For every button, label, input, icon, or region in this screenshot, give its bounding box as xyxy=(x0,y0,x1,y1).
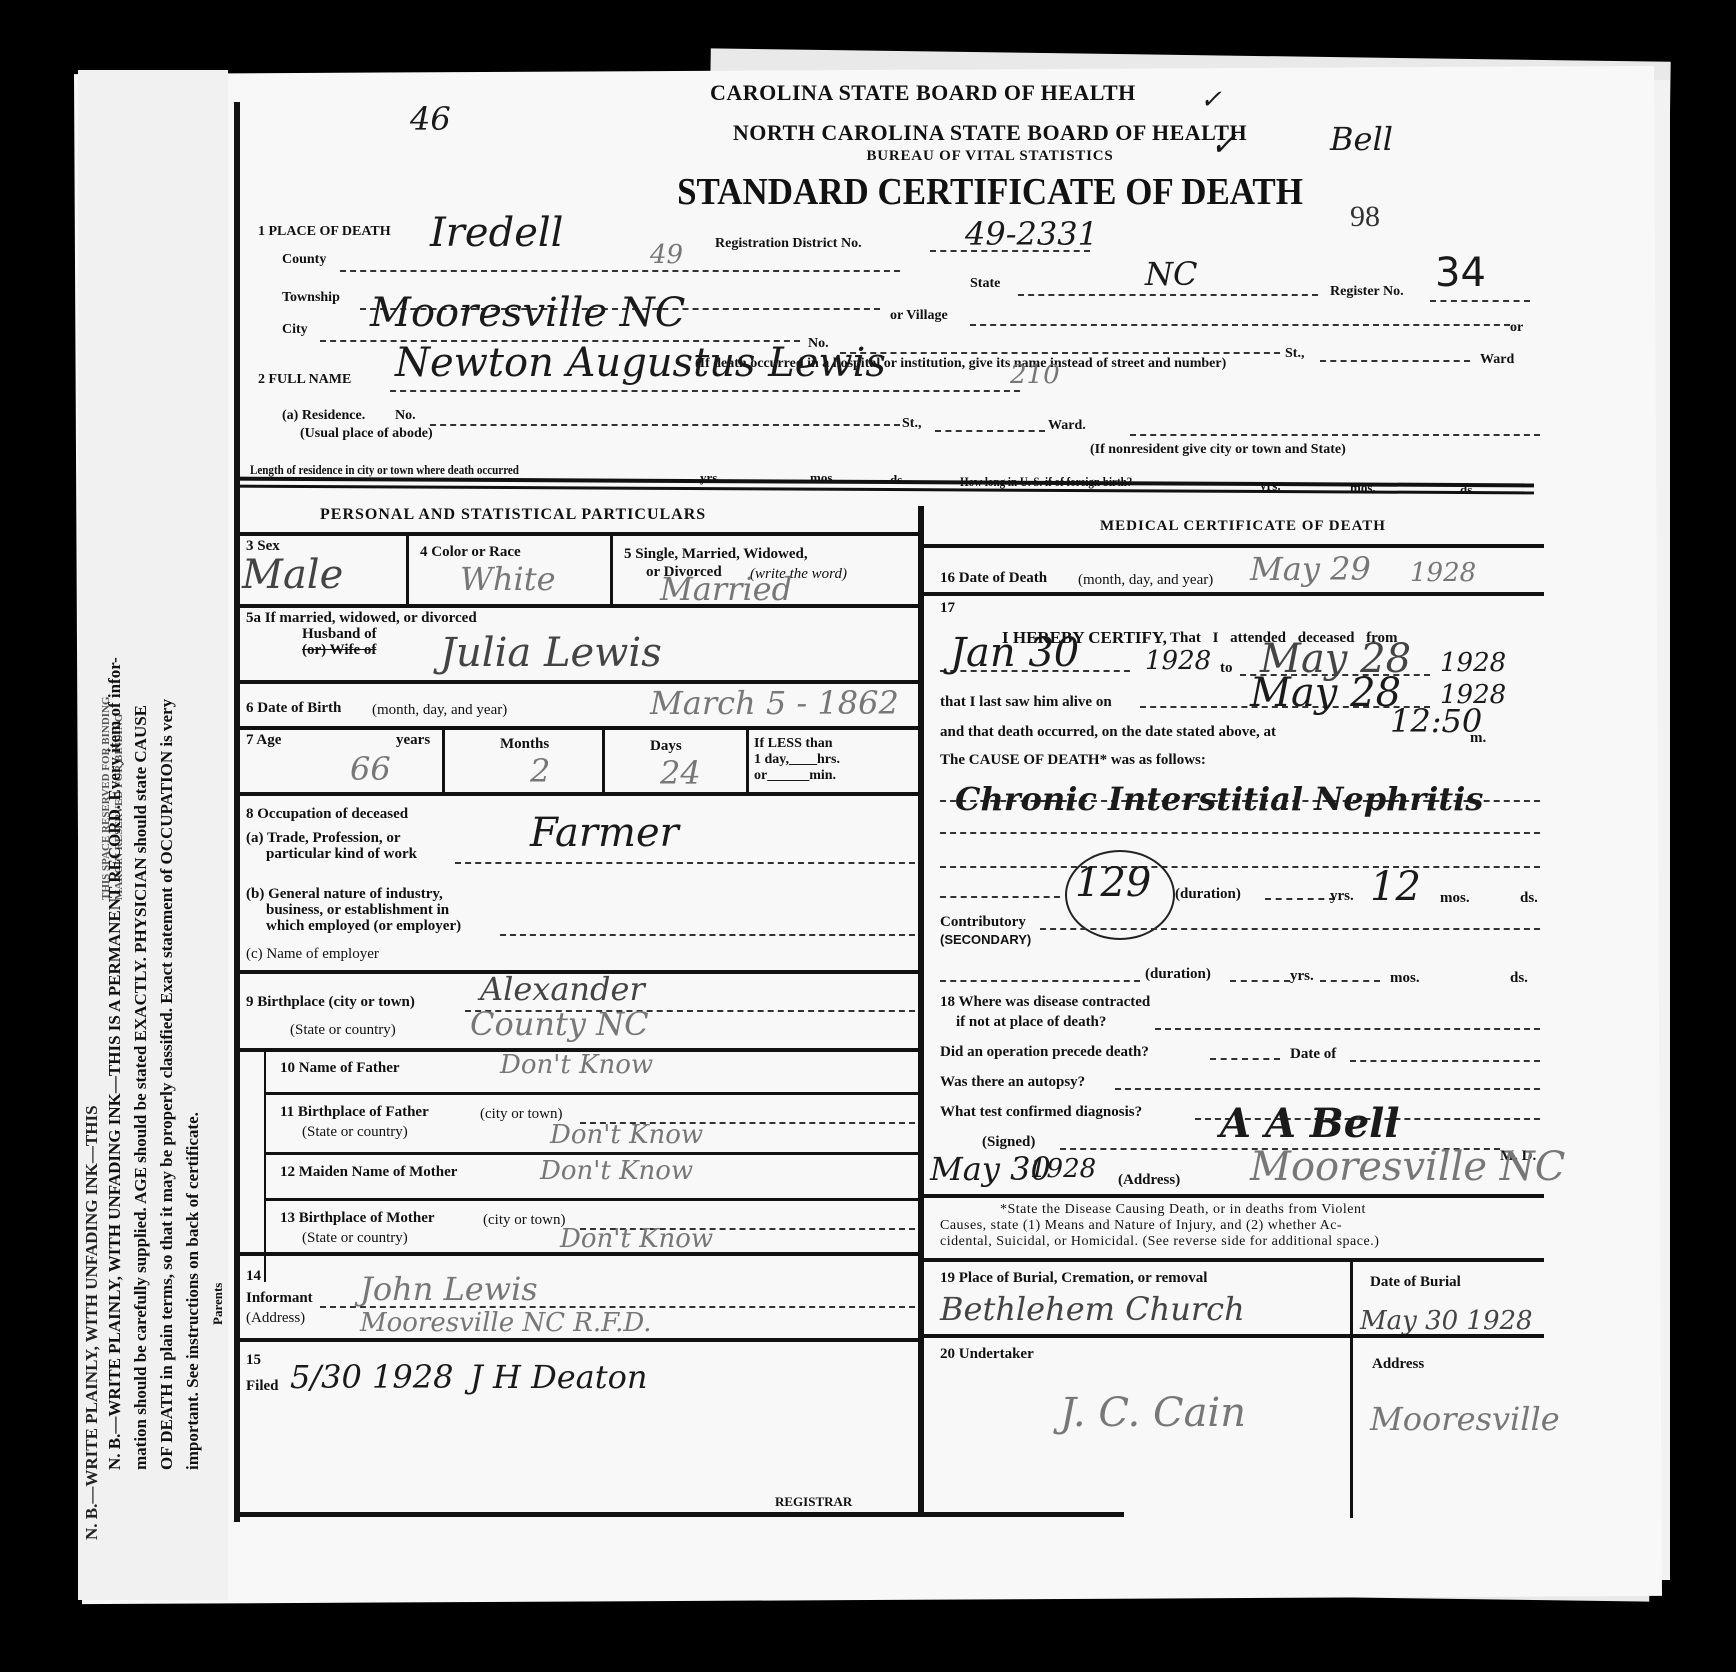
date-of-death-hint: (month, day, and year) xyxy=(1078,572,1213,589)
wife-of-label: (or) Wife of xyxy=(302,642,376,659)
birthplace-label: 9 Birthplace (city or town) xyxy=(246,994,415,1011)
physician-signature[interactable]: A A Bell xyxy=(1220,1100,1400,1147)
informant-value[interactable]: John Lewis xyxy=(360,1270,538,1308)
test-diagnosis-label: What test confirmed diagnosis? xyxy=(940,1104,1142,1121)
mother-name-value[interactable]: Don't Know xyxy=(540,1156,693,1186)
operation-label: Did an operation precede death? xyxy=(940,1044,1149,1061)
residence-label: (a) Residence. xyxy=(282,408,365,424)
informant-address-label: (Address) xyxy=(246,1310,305,1327)
frame-border-bottom xyxy=(234,1512,1124,1517)
attended-from-value[interactable]: Jan 30 xyxy=(950,630,1079,676)
cause-of-death-label: The CAUSE OF DEATH* was as follows: xyxy=(940,752,1206,769)
city-label: City xyxy=(282,322,308,338)
nonresident-note: (If nonresident give city or town and St… xyxy=(1090,442,1346,458)
side-instruction-line: mation should be carefully supplied. AGE… xyxy=(128,70,154,1470)
ward-label: Ward xyxy=(1480,352,1514,368)
spouse-label: 5a If married, widowed, or divorced xyxy=(246,610,477,627)
min-label: or______min. xyxy=(754,768,836,784)
certificate-title: STANDARD CERTIFICATE OF DEATH xyxy=(622,170,1358,214)
undertaker-address-value[interactable]: Mooresville xyxy=(1370,1400,1560,1438)
duration-yrs-label: yrs. xyxy=(1330,888,1354,905)
time-suffix: m. xyxy=(1470,730,1486,747)
informant-label: Informant xyxy=(246,1290,313,1307)
parents-label: Parents xyxy=(210,1283,226,1325)
burial-place-value[interactable]: Bethlehem Church xyxy=(940,1290,1245,1328)
undertaker-label: 20 Undertaker xyxy=(940,1346,1034,1363)
footnote-line-3: cidental, Suicidal, or Homicidal. (See r… xyxy=(940,1234,1379,1250)
date-of-birth-label: 6 Date of Birth xyxy=(246,700,341,717)
column-divider xyxy=(918,506,924,1516)
filed-label: Filed xyxy=(246,1378,279,1395)
residence-ward-label: Ward. xyxy=(1048,418,1086,434)
birthplace-state-value[interactable]: County NC xyxy=(470,1005,649,1043)
footnote-line-1: *State the Disease Causing Death, or in … xyxy=(1000,1202,1366,1218)
mother-birthplace-value[interactable]: Don't Know xyxy=(560,1224,713,1254)
date-of-birth-value[interactable]: March 5 - 1862 xyxy=(650,684,899,722)
father-birthplace-value[interactable]: Don't Know xyxy=(550,1120,703,1150)
residence-street-label: St., xyxy=(902,416,921,432)
underlying-header: CAROLINA STATE BOARD OF HEALTH xyxy=(710,80,1136,106)
signed-label: (Signed) xyxy=(982,1134,1035,1151)
length-of-residence-label: Length of residence in city or town wher… xyxy=(250,462,519,478)
register-no-value[interactable]: 34 xyxy=(1435,250,1486,296)
street-label: St., xyxy=(1285,346,1304,362)
burial-place-label: 19 Place of Burial, Cremation, or remova… xyxy=(940,1270,1207,1287)
secondary-mos-label: mos. xyxy=(1390,970,1420,987)
register-no-label: Register No. xyxy=(1330,284,1404,300)
death-occurred-label: and that death occurred, on the date sta… xyxy=(940,724,1276,741)
disease-contracted-label-2: if not at place of death? xyxy=(956,1014,1106,1031)
death-certificate: CAROLINA STATE BOARD OF HEALTH 46 ✓ ✓ Be… xyxy=(210,90,1650,1530)
registration-district-label: Registration District No. xyxy=(715,236,862,252)
industry-label: (b) General nature of industry, xyxy=(246,886,443,903)
frame-border-left xyxy=(234,102,240,1522)
husband-of-label: Husband of xyxy=(302,626,377,643)
race-value[interactable]: White xyxy=(460,560,556,598)
last-saw-label: that I last saw him alive on xyxy=(940,694,1112,711)
undertaker-value[interactable]: J. C. Cain xyxy=(1060,1390,1246,1436)
father-name-value[interactable]: Don't Know xyxy=(500,1050,653,1080)
age-years-value[interactable]: 66 xyxy=(350,750,391,788)
age-months-label: Months xyxy=(500,736,549,753)
medical-section-title: MEDICAL CERTIFICATE OF DEATH xyxy=(1100,518,1386,535)
township-label: Township xyxy=(282,290,340,306)
registration-district-value[interactable]: 49-2331 xyxy=(965,215,1098,253)
date-of-death-value[interactable]: May 29 xyxy=(1250,550,1371,588)
filed-number: 15 xyxy=(246,1352,261,1369)
informant-address-value[interactable]: Mooresville NC R.F.D. xyxy=(360,1308,652,1338)
attended-to-year[interactable]: 1928 xyxy=(1440,648,1506,678)
undertaker-address-label: Address xyxy=(1372,1356,1424,1373)
full-name-value[interactable]: Newton Augustus Lewis xyxy=(395,340,886,386)
mother-birthplace-hint: (city or town) xyxy=(483,1212,565,1229)
trade-label: (a) Trade, Profession, or xyxy=(246,830,401,847)
check-mark-icon: ✓ xyxy=(1200,85,1222,115)
county-value[interactable]: Iredell xyxy=(430,210,563,256)
full-name-annotation: 210 xyxy=(1010,360,1060,390)
item-17-number: 17 xyxy=(940,600,955,617)
signed-year[interactable]: 1928 xyxy=(1030,1154,1096,1184)
mother-birthplace-state-label: (State or country) xyxy=(302,1230,408,1247)
footnote-line-2: Causes, state (1) Means and Nature of In… xyxy=(940,1218,1342,1234)
secondary-yrs-label: yrs. xyxy=(1290,968,1314,985)
trade-label-2: particular kind of work xyxy=(266,846,417,863)
full-name-label: 2 FULL NAME xyxy=(258,372,351,388)
date-of-death-year[interactable]: 1928 xyxy=(1410,558,1476,588)
cause-code: 129 xyxy=(1075,860,1151,906)
burial-date-label: Date of Burial xyxy=(1370,1274,1461,1291)
side-instructions: N. B.—WRITE PLAINLY, WITH UNFADING INK—T… xyxy=(102,70,206,1470)
registrar-signature[interactable]: J H Deaton xyxy=(470,1358,647,1396)
age-years-label: years xyxy=(396,732,430,749)
marital-status-label: 5 Single, Married, Widowed, xyxy=(624,546,808,563)
duration-label: (duration) xyxy=(1175,886,1241,903)
duration-ds-label: ds. xyxy=(1520,890,1538,907)
race-label: 4 Color or Race xyxy=(420,544,521,561)
personal-section-title: PERSONAL AND STATISTICAL PARTICULARS xyxy=(320,506,706,524)
operation-date-label: Date of xyxy=(1290,1046,1336,1063)
birthplace-state-label: (State or country) xyxy=(290,1022,396,1039)
physician-address-label: (Address) xyxy=(1118,1172,1180,1189)
city-value[interactable]: Mooresville NC xyxy=(370,290,685,336)
side-instruction-line: important. See instructions on back of c… xyxy=(180,70,206,1470)
cause-of-death-value[interactable]: Chronic Interstitial Nephritis xyxy=(955,780,1483,818)
employer-label: (c) Name of employer xyxy=(246,946,379,963)
date-of-death-label: 16 Date of Death xyxy=(940,570,1047,587)
sex-value[interactable]: Male xyxy=(242,552,343,598)
margin-number: 46 xyxy=(410,100,451,138)
age-days-value[interactable]: 24 xyxy=(660,754,701,792)
father-birthplace-state-label: (State or country) xyxy=(302,1124,408,1141)
mother-birthplace-label: 13 Birthplace of Mother xyxy=(280,1210,435,1227)
last-saw-value[interactable]: May 28 xyxy=(1250,670,1401,716)
industry-label-2: business, or establishment in xyxy=(266,902,449,919)
less-than-label: If LESS than xyxy=(754,736,833,752)
side-instruction-ghost: N. B.—WRITE PLAINLY, WITH UNFADING INK—T… xyxy=(82,1105,102,1540)
side-instruction-line: OF DEATH in plain terms, so that it may … xyxy=(154,70,180,1470)
contributory-label: Contributory xyxy=(940,914,1026,931)
secondary-duration-label: (duration) xyxy=(1145,966,1211,983)
autopsy-label: Was there an autopsy? xyxy=(940,1074,1085,1091)
bureau-title: BUREAU OF VITAL STATISTICS xyxy=(640,148,1340,165)
age-months-value[interactable]: 2 xyxy=(530,752,550,790)
mother-name-label: 12 Maiden Name of Mother xyxy=(280,1164,457,1181)
side-instruction-line: N. B.—WRITE PLAINLY, WITH UNFADING INK—T… xyxy=(102,70,128,1470)
filed-date-value[interactable]: 5/30 1928 xyxy=(290,1358,453,1396)
state-value[interactable]: NC xyxy=(1145,255,1197,293)
usual-abode-label: (Usual place of abode) xyxy=(300,426,433,442)
state-label: State xyxy=(970,276,1000,292)
attended-from-year[interactable]: 1928 xyxy=(1145,646,1211,676)
trade-value[interactable]: Farmer xyxy=(530,810,679,856)
burial-date-value[interactable]: May 30 1928 xyxy=(1360,1306,1533,1336)
county-code: 49 xyxy=(650,240,683,270)
or-village-label: or Village xyxy=(890,308,948,324)
residence-no-label: No. xyxy=(395,408,416,424)
county-label: County xyxy=(282,252,326,268)
secondary-ds-label: ds. xyxy=(1510,970,1528,987)
length-yrs: yrs. xyxy=(700,470,721,486)
board-title: NORTH CAROLINA STATE BOARD OF HEALTH xyxy=(640,120,1340,146)
duration-mos-label: mos. xyxy=(1440,890,1470,907)
hrs-label: 1 day,____hrs. xyxy=(754,752,840,768)
place-of-death-label: 1 PLACE OF DEATH xyxy=(258,224,391,240)
father-name-label: 10 Name of Father xyxy=(280,1060,400,1077)
disease-contracted-label: 18 Where was disease contracted xyxy=(940,994,1150,1011)
age-label: 7 Age xyxy=(246,732,281,749)
physician-address-value[interactable]: Mooresville NC xyxy=(1250,1144,1565,1190)
or-label: or xyxy=(1510,320,1523,336)
death-time-value[interactable]: 12:50 xyxy=(1390,702,1482,740)
age-days-label: Days xyxy=(650,738,682,755)
birthplace-city-value[interactable]: Alexander xyxy=(480,970,645,1008)
father-birthplace-label: 11 Birthplace of Father xyxy=(280,1104,429,1121)
occupation-label: 8 Occupation of deceased xyxy=(246,806,408,823)
to-label: to xyxy=(1220,660,1233,677)
marital-status-value[interactable]: Married xyxy=(660,570,792,608)
spouse-value[interactable]: Julia Lewis xyxy=(440,630,662,676)
registrar-label: REGISTRAR xyxy=(775,1494,852,1510)
informant-number: 14 xyxy=(246,1268,261,1285)
date-of-birth-hint: (month, day, and year) xyxy=(372,702,507,719)
industry-label-3: which employed (or employer) xyxy=(266,918,461,935)
secondary-label: (SECONDARY) xyxy=(940,932,1031,947)
duration-value[interactable]: 12 xyxy=(1370,864,1421,910)
